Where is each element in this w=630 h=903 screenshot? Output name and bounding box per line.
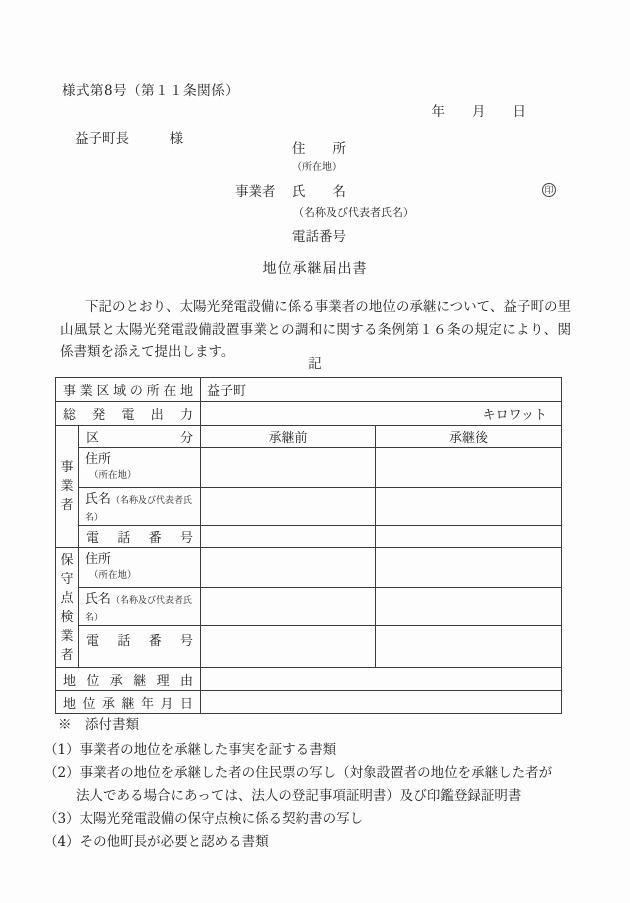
- applicant-name-note: （名称及び代表者氏名）: [292, 206, 414, 219]
- form-number-label: 様式第8号（第１１条関係）: [62, 82, 239, 100]
- cell-before-header: 承継前: [201, 426, 376, 448]
- cell-reason-value: [201, 668, 562, 691]
- cell-maintenance-name-label: 氏名（名称及び代表者氏名）: [79, 588, 201, 626]
- address-note-text: （所在地）: [85, 469, 194, 483]
- applicant-address-label: 住 所: [292, 140, 346, 158]
- applicant-name-label: 氏 名: [292, 183, 346, 201]
- cell-division-label: 区分: [79, 426, 201, 448]
- attachment-item: （3）太陽光発電設備の保守点検に係る契約書の写し: [44, 808, 602, 831]
- document-page: { "header": { "form_number": "様式第8号（第１１条…: [0, 0, 630, 903]
- cell-maintenance-phone-after: [376, 626, 562, 668]
- cell-site-value: 益子町: [201, 378, 562, 402]
- succession-form-table: 事業区域の所在地 益子町 総発電出力 キロワット 事業者 区分 承継前 承継後 …: [55, 377, 562, 714]
- cell-maintenance-address-label: 住所 （所在地）: [79, 548, 201, 588]
- name-label-text: 氏名: [85, 592, 111, 607]
- address-label-text: 住所: [85, 551, 194, 569]
- cell-maintenance-address-before: [201, 548, 376, 588]
- cell-succession-date-value: [201, 691, 562, 714]
- applicant-role-label: 事業者: [235, 183, 292, 201]
- ki-label: 記: [0, 352, 630, 372]
- cell-maintenance-address-after: [376, 548, 562, 588]
- cell-operator-name-before: [201, 488, 376, 526]
- cell-maintenance-name-before: [201, 588, 376, 626]
- cell-after-header: 承継後: [376, 426, 562, 448]
- cell-maintenance-name-after: [376, 588, 562, 626]
- cell-site-label: 事業区域の所在地: [56, 378, 201, 402]
- cell-operator-name-after: [376, 488, 562, 526]
- cell-maintenance-group-label: 保守点検業者: [56, 548, 79, 668]
- cell-operator-group-label: 事業者: [56, 426, 79, 548]
- date-line: 年 月 日: [432, 103, 527, 121]
- cell-operator-phone-after: [376, 526, 562, 548]
- cell-succession-date-label: 地位承継年月日: [56, 691, 201, 714]
- seal-icon: 印: [542, 183, 556, 197]
- cell-output-value: キロワット: [201, 402, 562, 426]
- cell-operator-name-label: 氏名（名称及び代表者氏名）: [79, 488, 201, 526]
- cell-operator-address-before: [201, 448, 376, 488]
- name-label-text: 氏名: [85, 492, 111, 507]
- attachment-item: （1）事業者の地位を承継した事実を証する書類: [44, 739, 602, 762]
- cell-maintenance-phone-label: 電話番号: [79, 626, 201, 668]
- cell-operator-phone-before: [201, 526, 376, 548]
- cell-reason-label: 地位承継理由: [56, 668, 201, 691]
- cell-operator-address-after: [376, 448, 562, 488]
- addressee-label: 益子町長 様: [75, 130, 183, 148]
- applicant-signature-block: 住 所 （所在地） 事業者 氏 名 （名称及び代表者氏名） 電話番号: [235, 140, 565, 250]
- attachment-item: （4）その他町長が必要と認める書類: [44, 831, 602, 854]
- attachments-list: （1）事業者の地位を承継した事実を証する書類 （2）事業者の地位を承継した者の住…: [44, 739, 602, 854]
- applicant-phone-label: 電話番号: [292, 228, 346, 246]
- attachment-item: （2）事業者の地位を承継した者の住民票の写し（対象設置者の地位を承継した者が 法…: [44, 762, 602, 808]
- attachments-heading: ※ 添付書類: [58, 716, 139, 734]
- page-title: 地位承継届出書: [0, 258, 630, 278]
- cell-operator-address-label: 住所 （所在地）: [79, 448, 201, 488]
- address-label-text: 住所: [85, 451, 194, 469]
- address-note-text: （所在地）: [85, 569, 194, 583]
- cell-maintenance-phone-before: [201, 626, 376, 668]
- applicant-address-note: （所在地）: [292, 162, 342, 174]
- cell-output-label: 総発電出力: [56, 402, 201, 426]
- cell-operator-phone-label: 電話番号: [79, 526, 201, 548]
